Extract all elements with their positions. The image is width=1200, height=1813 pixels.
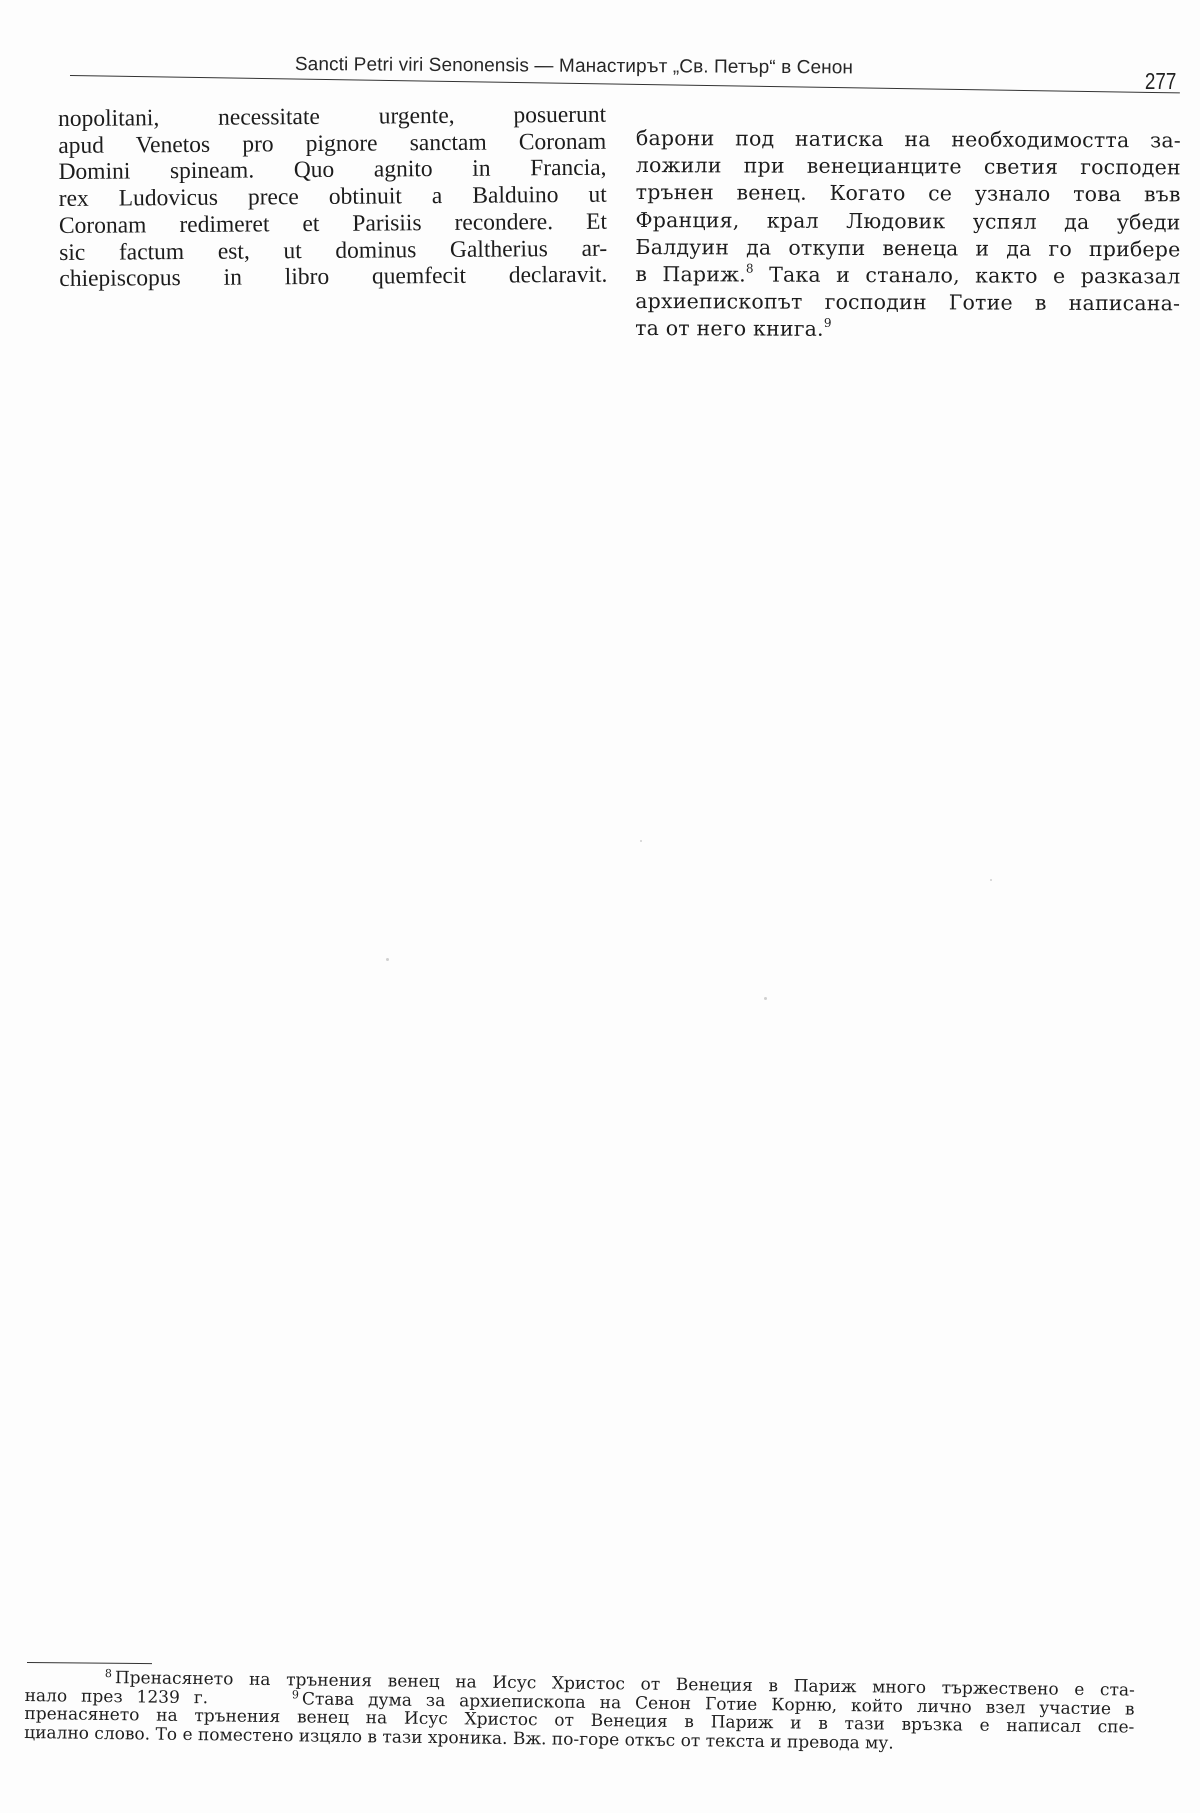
text-line: Франция, крал Людовик успял да убеди	[636, 207, 1181, 237]
scan-speck	[990, 879, 992, 881]
text-line: Балдуин да откупи венеца и да го прибере	[635, 234, 1180, 264]
text-line: nopolitani, necessitate urgente, posueru…	[58, 102, 606, 133]
scan-speck	[386, 958, 389, 961]
text-line: барони под натиска на необходимостта за-	[636, 125, 1181, 155]
text-segment: та от него книга.	[635, 316, 824, 341]
text-segment: Така и станало, както е разказал	[754, 263, 1181, 289]
text-segment: в Париж.	[635, 262, 746, 286]
book-page: Sancti Petri viri Senonensis — Манастиръ…	[0, 0, 1200, 1813]
footnote-mark-9: 9	[292, 1688, 299, 1701]
footnote-separator	[27, 1662, 152, 1664]
text-line: chiepiscopus in libro quemfecit declarav…	[59, 262, 607, 293]
footnote-ref-9[interactable]: 9	[824, 316, 832, 330]
footnotes: 8Пренасянето на трънения венец на Исус Х…	[24, 1668, 1135, 1756]
text-line: ложили при венецианците светия господен	[636, 152, 1181, 182]
latin-column: nopolitani, necessitate urgente, posueru…	[58, 102, 607, 293]
text-line: трънен венец. Когато се узнало това във	[636, 179, 1181, 209]
running-title: Sancti Petri viri Senonensis — Манастиръ…	[295, 54, 853, 79]
scan-speck	[640, 840, 642, 842]
text-line: та от него книга.9	[635, 315, 1180, 345]
text-line: Coronam redimeret et Parisiis recondere.…	[59, 209, 607, 240]
text-line: rex Ludovicus prece obtinuit a Balduino …	[59, 182, 607, 213]
running-header: Sancti Petri viri Senonensis — Манастиръ…	[70, 52, 1178, 98]
page-number: 277	[1145, 68, 1176, 95]
scan-speck	[764, 997, 767, 1000]
footnote-mark-8: 8	[105, 1667, 112, 1680]
bulgarian-column: барони под натиска на необходимостта за-…	[635, 125, 1181, 345]
text-line: архиепископът господин Готие в написана-	[635, 288, 1180, 318]
text-line: в Париж.8 Така и станало, както е разказ…	[635, 261, 1180, 291]
